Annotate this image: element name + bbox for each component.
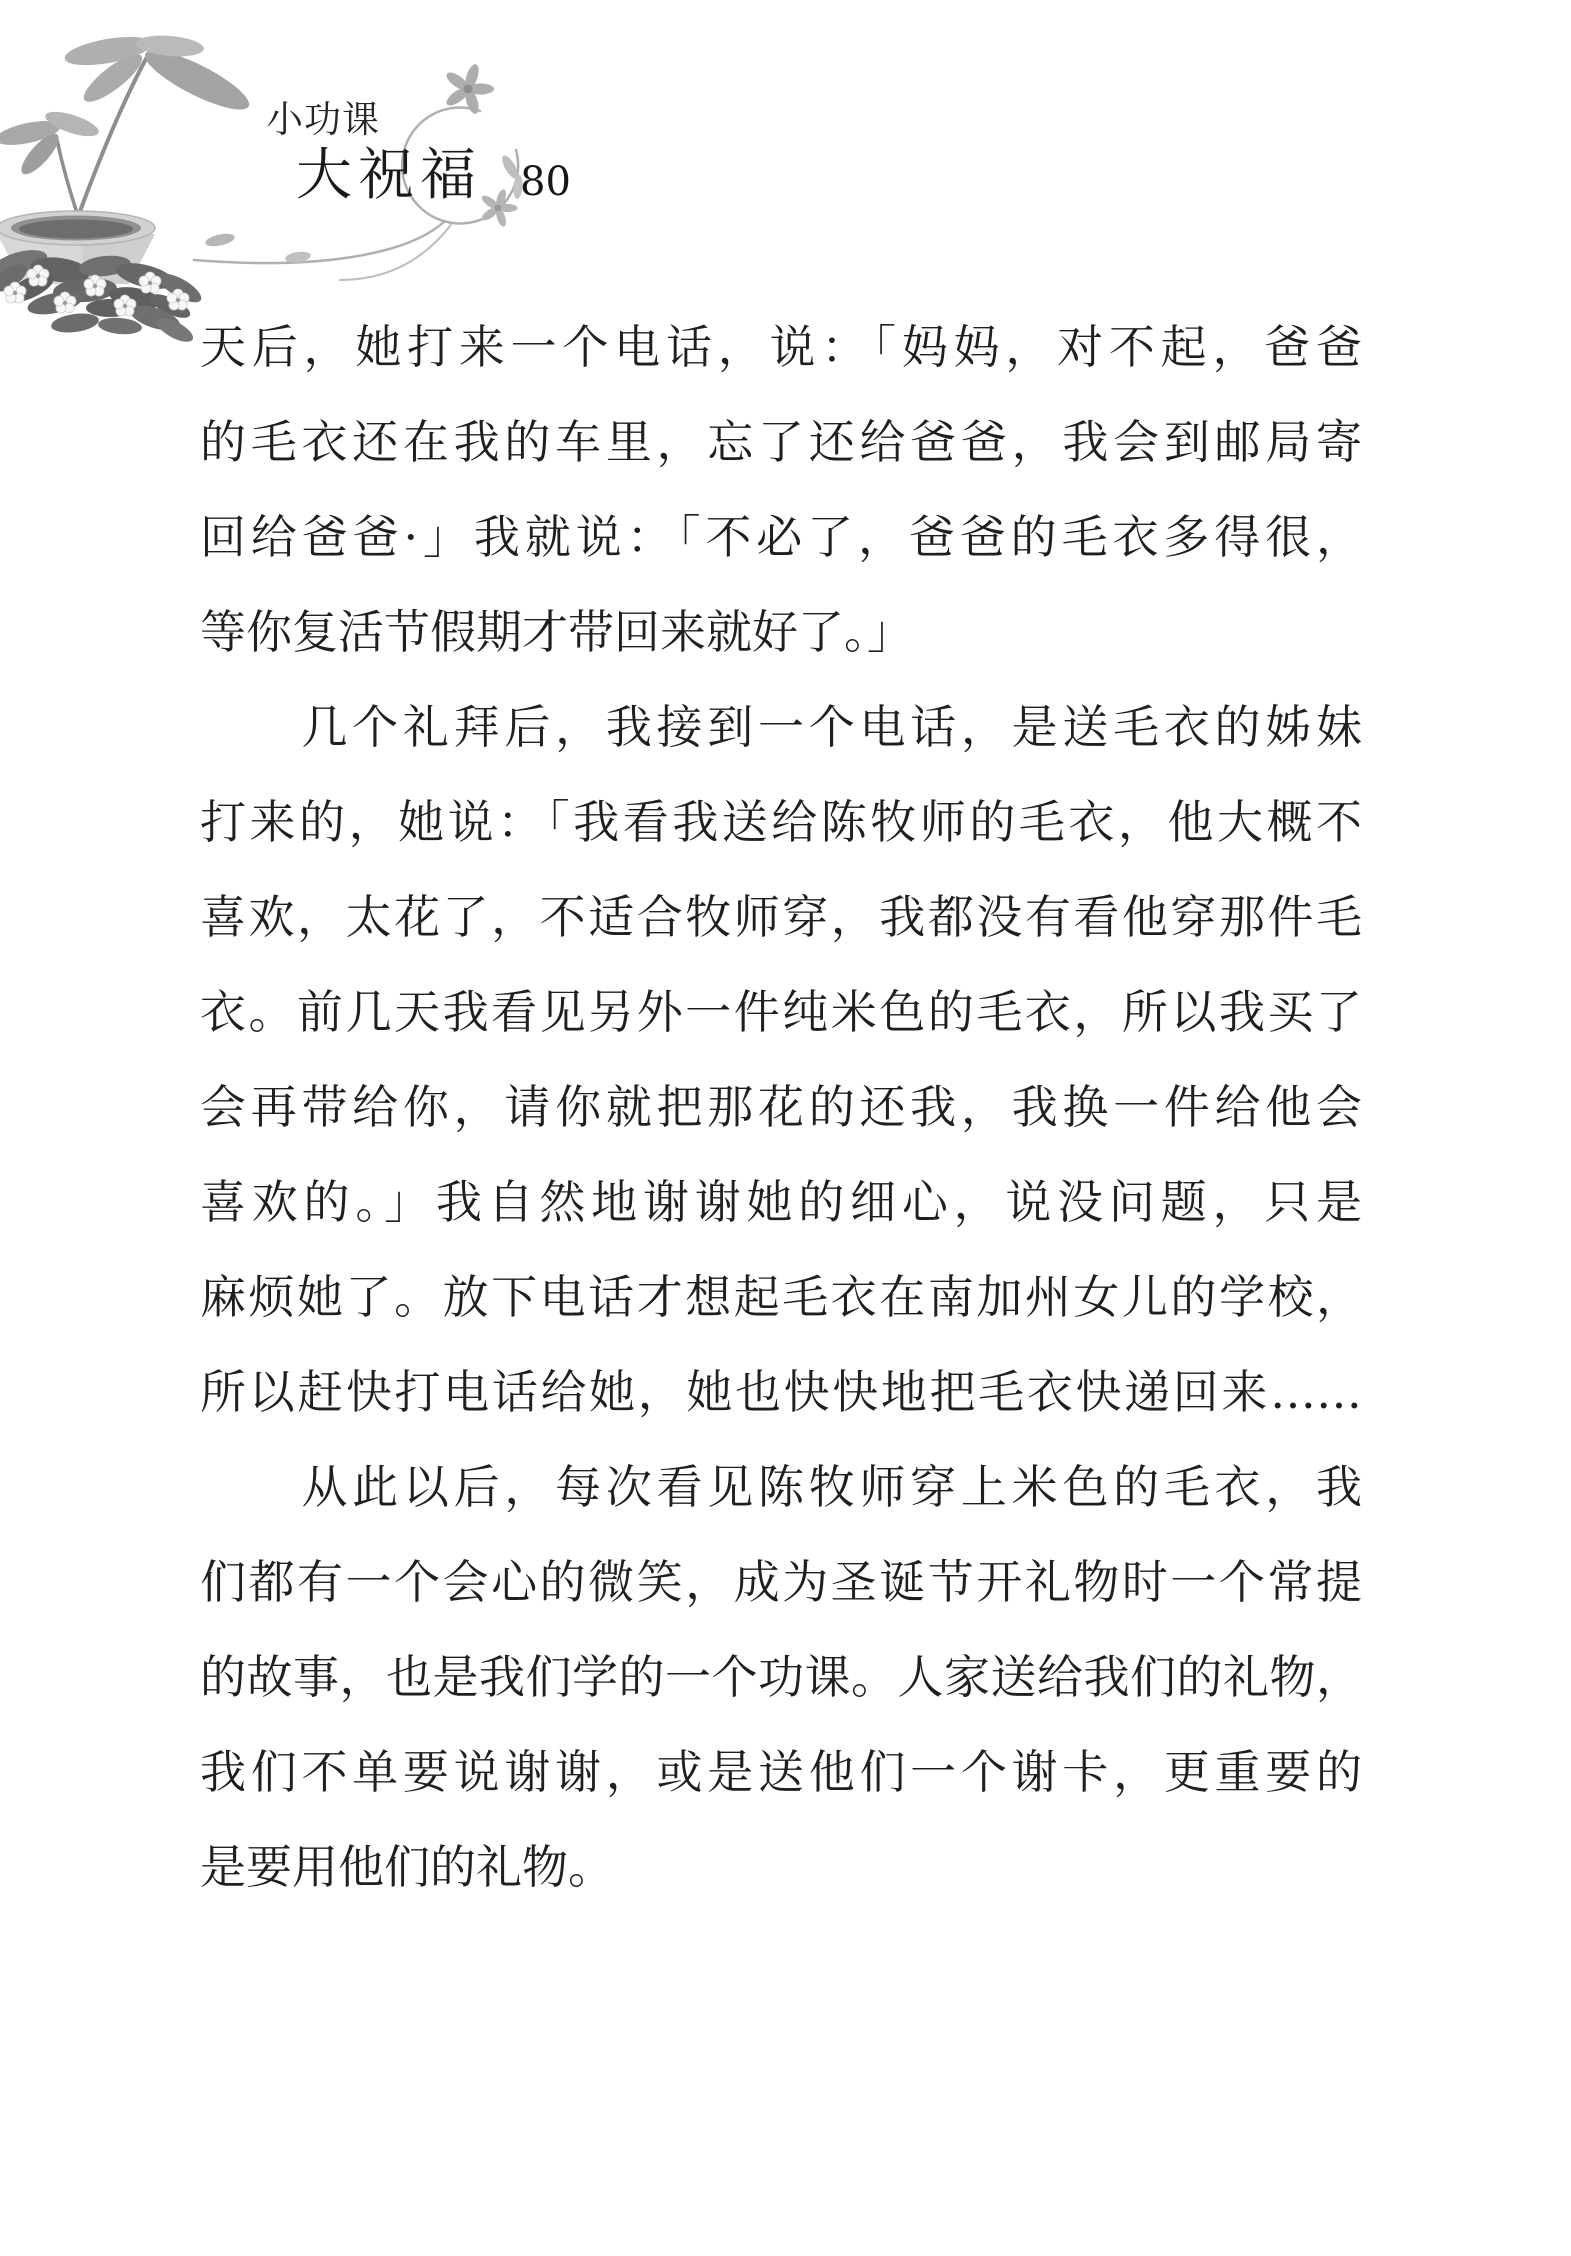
book-page: 小功课 大祝福 80 天后，她打来一个电话，说：「妈妈，对不起，爸爸的毛衣还在我… [0,0,1571,2256]
text-line: 麻烦她了。放下电话才想起毛衣在南加州女儿的学校， [200,1250,1362,1345]
text-line: 们都有一个会心的微笑，成为圣诞节开礼物时一个常提 [200,1535,1362,1630]
text-line: 会再带给你，请你就把那花的还我，我换一件给他会 [200,1060,1362,1155]
text-line: 等你复活节假期才带回来就好了。」 [200,585,1362,680]
text-line: 的毛衣还在我的车里，忘了还给爸爸，我会到邮局寄 [200,395,1362,490]
text-line: 天后，她打来一个电话，说：「妈妈，对不起，爸爸 [200,300,1362,395]
text-line: 几个礼拜后，我接到一个电话，是送毛衣的姊妹 [200,680,1362,775]
page-number: 80 [520,162,571,202]
header-series-title: 小功课 [266,101,380,138]
text-line: 是要用他们的礼物。 [200,1820,1362,1915]
text-line: 的故事，也是我们学的一个功课。人家送给我们的礼物， [200,1630,1362,1725]
text-line: 从此以后，每次看见陈牧师穿上米色的毛衣，我 [200,1440,1362,1535]
text-line: 衣。前几天我看见另外一件纯米色的毛衣，所以我买了 [200,965,1362,1060]
text-line: 喜欢的。」我自然地谢谢她的细心，说没问题，只是 [200,1155,1362,1250]
text-line: 回给爸爸·」我就说：「不必了，爸爸的毛衣多得很， [200,490,1362,585]
body-text: 天后，她打来一个电话，说：「妈妈，对不起，爸爸的毛衣还在我的车里，忘了还给爸爸，… [200,300,1362,1915]
text-line: 喜欢，太花了，不适合牧师穿，我都没有看他穿那件毛 [200,870,1362,965]
header-main-title: 大祝福 [296,148,482,204]
text-line: 所以赶快打电话给她，她也快快地把毛衣快递回来…… [200,1345,1362,1440]
text-line: 我们不单要说谢谢，或是送他们一个谢卡，更重要的 [200,1725,1362,1820]
text-line: 打来的，她说：「我看我送给陈牧师的毛衣，他大概不 [200,775,1362,870]
